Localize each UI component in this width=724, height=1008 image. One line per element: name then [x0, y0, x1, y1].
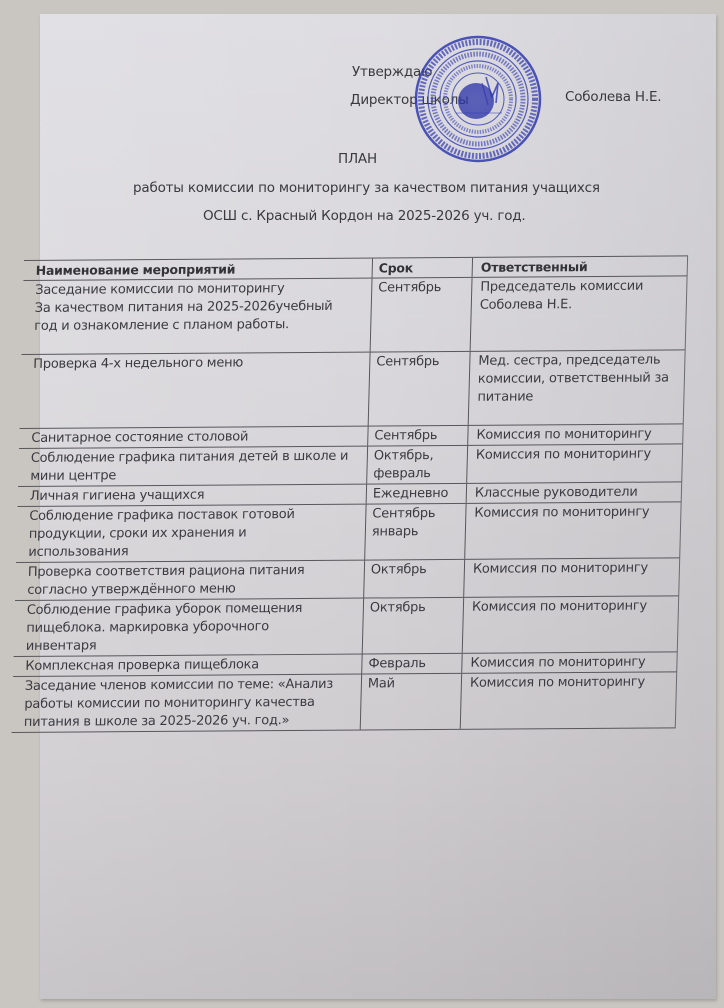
event-cell: Заседание комиссии по мониторингу За кач…	[22, 279, 372, 354]
event-cell-line: согласно утверждённого меню	[27, 580, 360, 600]
event-cell: Соблюдение графика уборок помещенияпищеб…	[14, 599, 364, 656]
plan-subtitle-line1: работы комиссии по мониторингу за качест…	[133, 180, 600, 196]
responsible-cell-line: Председатель комиссии	[480, 277, 683, 296]
event-cell-line: Заседание членов комиссии по теме: «Анал…	[25, 676, 358, 696]
event-cell-line: За качеством питания на 2025-2026учебный	[34, 298, 367, 318]
responsible-cell: Мед. сестра, председателькомиссии, ответ…	[468, 350, 686, 425]
term-cell: Февраль	[361, 654, 462, 674]
responsible-cell-line: Комиссия по мониторингу	[470, 653, 673, 672]
responsible-cell: Комиссия по мониторингу	[466, 444, 683, 483]
term-cell-line: Ежедневно	[373, 485, 462, 504]
event-cell-line: Соблюдение графика уборок помещения	[27, 600, 360, 620]
responsible-cell: Комиссия по мониторингу	[467, 424, 684, 445]
term-cell: Ежедневно	[366, 484, 467, 504]
event-cell-line: мини центре	[30, 466, 363, 486]
term-cell: Май	[360, 674, 461, 730]
event-cell: Соблюдение графика питания детей в школе…	[18, 447, 367, 486]
term-cell-line: февраль	[373, 465, 462, 484]
responsible-cell-line: питание	[477, 387, 680, 406]
term-cell: Сентябрь	[367, 426, 468, 446]
term-cell: Октябрь,февраль	[366, 446, 467, 484]
event-cell-line: Комплексная проверка пищеблока	[25, 656, 358, 676]
term-cell-line: Октябрь,	[374, 447, 463, 466]
term-cell-line: Октябрь	[371, 561, 460, 580]
event-cell: Личная гигиена учащихся	[18, 485, 367, 506]
responsible-cell: Комиссия по мониторингу	[464, 502, 681, 559]
event-cell-line: продукции, сроки их хранения и	[29, 524, 362, 544]
column-header-responsible: Ответственный	[472, 256, 689, 277]
event-cell-line: Проверка 4-х недельного меню	[33, 354, 366, 374]
event-cell-line: использования	[28, 542, 361, 562]
term-cell: Октябрь	[362, 598, 463, 654]
responsible-cell-line: Комиссия по мониторингу	[476, 425, 679, 444]
event-cell-line: работы комиссии по мониторингу качества	[24, 694, 357, 714]
column-header-term: Срок	[372, 258, 473, 278]
event-cell-line: Проверка соответствия рациона питания	[28, 562, 361, 582]
event-cell-line: год и ознакомление с планом работы.	[34, 316, 367, 336]
event-cell-line: Санитарное состояние столовой	[31, 428, 364, 448]
term-cell-line: Сентябрь	[372, 505, 461, 524]
director-name: Соболева Н.Е.	[565, 89, 661, 105]
event-cell-line: Личная гигиена учащихся	[30, 486, 363, 506]
responsible-cell-line: Соболева Н.Е.	[480, 295, 683, 314]
table-row: Заседание членов комиссии по теме: «Анал…	[12, 671, 678, 733]
table-row: Проверка 4-х недельного менюСентябрьМед.…	[20, 349, 686, 428]
table-row: Соблюдение графика питания детей в школе…	[18, 443, 683, 486]
term-cell: Сентябрьянварь	[364, 504, 465, 560]
plan-title: ПЛАН	[338, 151, 377, 167]
term-cell: Октябрь	[363, 560, 464, 598]
term-cell-line: Октябрь	[370, 599, 459, 618]
responsible-cell: Председатель комиссииСоболева Н.Е.	[470, 276, 688, 351]
event-cell: Проверка 4-х недельного меню	[20, 353, 370, 428]
responsible-cell-line: комиссии, ответственный за	[478, 369, 681, 388]
event-cell-line: инвентаря	[26, 636, 359, 656]
plan-table: Наименование мероприятий Срок Ответствен…	[12, 255, 689, 733]
responsible-cell-line: Комиссия по мониторингу	[476, 445, 679, 464]
plan-subtitle-line2: ОСШ с. Красный Кордон на 2025-2026 уч. г…	[203, 208, 526, 224]
table-row: Заседание комиссии по мониторингу За кач…	[22, 275, 688, 354]
director-label: Директор школы	[350, 92, 469, 108]
term-cell-line: Сентябрь	[378, 279, 467, 298]
event-cell-line: Соблюдение графика питания детей в школе…	[31, 448, 364, 468]
table-row: Соблюдение графика поставок готовойпроду…	[16, 501, 682, 562]
responsible-cell-line: Комиссия по мониторингу	[472, 597, 675, 616]
responsible-cell: Классные руководители	[466, 482, 683, 503]
responsible-cell: Комиссия по мониторингу	[462, 596, 679, 653]
responsible-cell-line: Классные руководители	[475, 483, 678, 502]
table-row: Проверка соответствия рациона питаниясог…	[15, 557, 680, 600]
term-cell: Сентябрь	[370, 278, 472, 352]
term-cell-line: Сентябрь	[374, 427, 463, 446]
event-cell: Соблюдение графика поставок готовойпроду…	[16, 505, 366, 562]
responsible-cell-line: Комиссия по мониторингу	[470, 673, 673, 692]
term-cell-line: январь	[372, 523, 461, 542]
term-cell-line: Май	[368, 675, 457, 694]
event-cell: Проверка соответствия рациона питаниясог…	[15, 561, 364, 600]
event-cell-line: питания в школе за 2025-2026 уч. год.»	[24, 712, 357, 732]
table-row: Соблюдение графика уборок помещенияпищеб…	[14, 595, 680, 656]
event-cell: Комплексная проверка пищеблока	[13, 655, 362, 676]
responsible-cell-line: Комиссия по мониторингу	[474, 503, 677, 522]
column-header-event: Наименование мероприятий	[23, 259, 372, 280]
event-cell: Санитарное состояние столовой	[19, 427, 368, 448]
responsible-cell: Комиссия по мониторингу	[463, 558, 680, 597]
responsible-cell: Комиссия по мониторингу	[460, 672, 677, 729]
event-cell-line: Соблюдение графика поставок готовой	[29, 506, 362, 526]
term-cell: Сентябрь	[368, 352, 470, 426]
responsible-cell-line: Мед. сестра, председатель	[478, 351, 681, 370]
term-cell-line: Февраль	[368, 655, 457, 674]
event-cell-line: Заседание комиссии по мониторингу	[35, 280, 368, 300]
term-cell-line: Сентябрь	[376, 353, 465, 372]
event-cell: Заседание членов комиссии по теме: «Анал…	[12, 675, 362, 732]
event-cell-line: пищеблока. маркировка уборочного	[26, 618, 359, 638]
responsible-cell: Комиссия по мониторингу	[461, 652, 678, 673]
responsible-cell-line: Комиссия по мониторингу	[473, 559, 676, 578]
approve-label: Утверждаю	[352, 64, 432, 80]
